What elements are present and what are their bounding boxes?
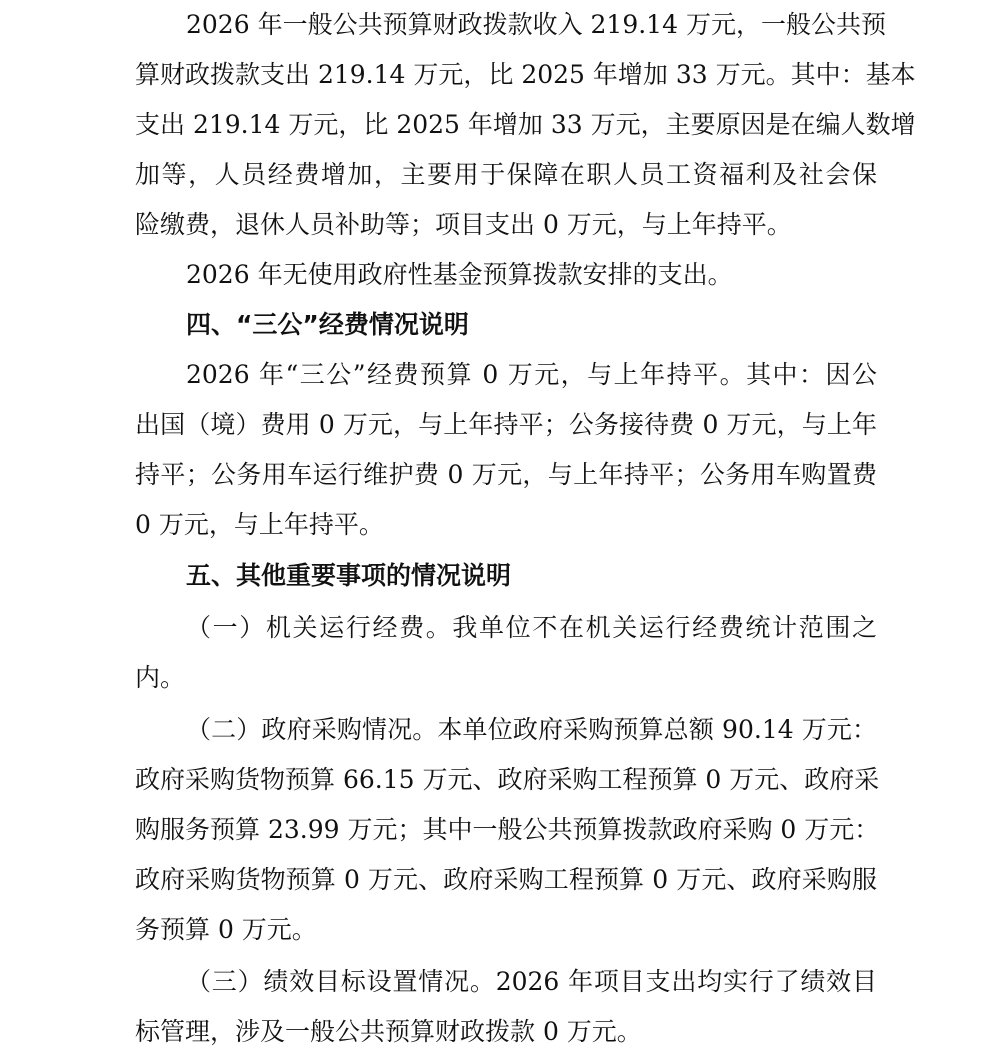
text-line: 务预算 0 万元。 xyxy=(135,905,877,955)
text-line: 内。 xyxy=(135,653,877,703)
text-line: 政府采购货物预算 0 万元、政府采购工程预算 0 万元、政府采购服 xyxy=(135,855,877,905)
section-heading-three-public-expenses: 四、“三公”经费情况说明 xyxy=(186,300,877,350)
text-line: 标管理，涉及一般公共预算财政拨款 0 万元。 xyxy=(135,1007,877,1053)
text-line: 持平；公务用车运行维护费 0 万元，与上年持平；公务用车购置费 xyxy=(135,450,877,500)
text-line: （二）政府采购情况。本单位政府采购预算总额 90.14 万元： xyxy=(186,705,877,755)
text-line: 政府采购货物预算 66.15 万元、政府采购工程预算 0 万元、政府采 xyxy=(135,755,877,805)
text-line: 0 万元，与上年持平。 xyxy=(135,500,877,550)
text-line: （一）机关运行经费。我单位不在机关运行经费统计范围之 xyxy=(186,603,877,653)
text-line: 算财政拨款支出 219.14 万元，比 2025 年增加 33 万元。其中：基本 xyxy=(135,50,877,100)
text-line: 2026 年“三公”经费预算 0 万元，与上年持平。其中：因公 xyxy=(186,350,877,400)
text-line: 加等，人员经费增加，主要用于保障在职人员工资福利及社会保 xyxy=(135,150,877,200)
text-line: 险缴费，退休人员补助等；项目支出 0 万元，与上年持平。 xyxy=(135,200,877,250)
text-line: 2026 年一般公共预算财政拨款收入 219.14 万元，一般公共预 xyxy=(186,0,877,50)
section-heading-other-matters: 五、其他重要事项的情况说明 xyxy=(186,551,877,601)
text-line: 出国（境）费用 0 万元，与上年持平；公务接待费 0 万元，与上年 xyxy=(135,400,877,450)
text-line: 2026 年无使用政府性基金预算拨款安排的支出。 xyxy=(186,250,877,300)
text-line: 支出 219.14 万元，比 2025 年增加 33 万元，主要原因是在编人数增 xyxy=(135,100,877,150)
text-line: （三）绩效目标设置情况。2026 年项目支出均实行了绩效目 xyxy=(186,957,877,1007)
text-line: 购服务预算 23.99 万元；其中一般公共预算拨款政府采购 0 万元： xyxy=(135,805,877,855)
